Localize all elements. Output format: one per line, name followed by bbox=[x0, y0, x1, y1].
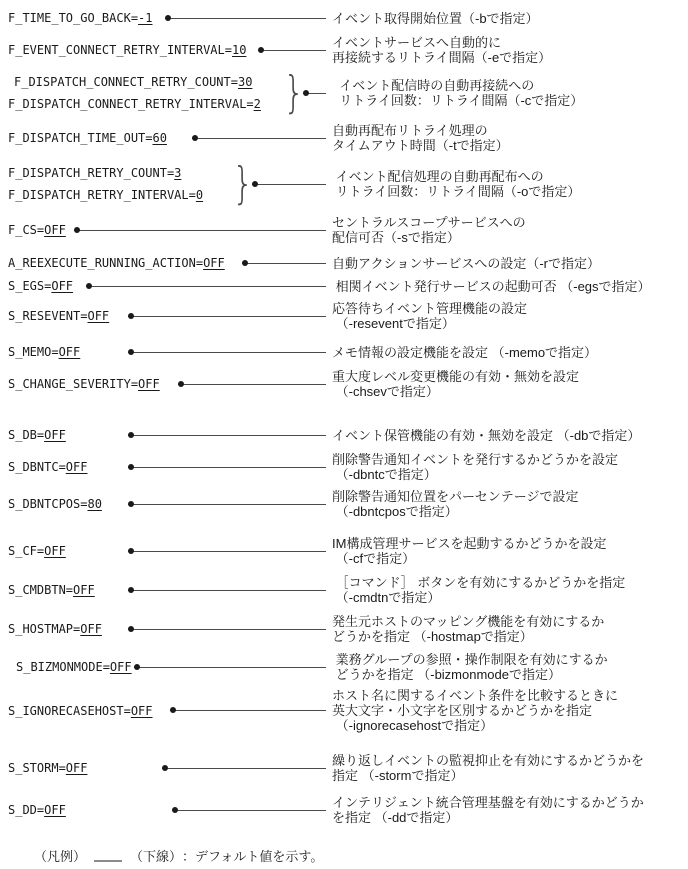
param-label: S_CHANGE_SEVERITY=OFF bbox=[8, 376, 176, 392]
description-line: 自動再配布リトライ処理の bbox=[332, 123, 688, 138]
param-label: S_DBNTCPOS=80 bbox=[8, 496, 126, 512]
param-row: F_TIME_TO_GO_BACK=-1 イベント取得開始位置（-bで指定） bbox=[0, 10, 688, 26]
description-line: 業務グループの参照・操作制限を有効にするか bbox=[332, 652, 688, 667]
bullet-dot-icon bbox=[170, 707, 176, 713]
description-line: イベント保管機能の有効・無効を設定 （-dbで指定） bbox=[332, 428, 688, 443]
param-group: S_DBNTC=OFF bbox=[8, 459, 126, 475]
connector-line bbox=[165, 18, 326, 19]
param-name: S_DBNTC= bbox=[8, 460, 66, 474]
param-group: S_HOSTMAP=OFF bbox=[8, 621, 126, 637]
param-cell: S_EGS=OFF bbox=[0, 278, 326, 294]
description-line: イベント配信時の自動再接続への bbox=[332, 78, 688, 93]
bullet-dot-icon bbox=[74, 227, 80, 233]
param-group: S_RESEVENT=OFF bbox=[8, 308, 126, 324]
param-label: S_CMDBTN=OFF bbox=[8, 582, 126, 598]
param-label: S_STORM=OFF bbox=[8, 760, 160, 776]
param-group: S_IGNORECASEHOST=OFF bbox=[8, 703, 168, 719]
description-line: 重大度レベル変更機能の有効・無効を設定 bbox=[332, 369, 688, 384]
description-line: 英大文字・小文字を区別するかどうかを指定 bbox=[332, 703, 688, 718]
description-line: リトライ回数：リトライ間隔（-cで指定） bbox=[332, 93, 688, 108]
description: 重大度レベル変更機能の有効・無効を設定 （-chsevで指定） bbox=[326, 369, 688, 399]
description: ［コマンド］ ボタンを有効にするかどうかを指定 （-cmdtnで指定） bbox=[326, 575, 688, 605]
description-line: を指定 （-ddで指定） bbox=[332, 810, 688, 825]
bullet-dot-icon bbox=[128, 349, 134, 355]
description-line: 再接続するリトライ間隔（-eで指定） bbox=[332, 50, 688, 65]
param-label: S_CF=OFF bbox=[8, 543, 126, 559]
bullet-dot-icon bbox=[128, 464, 134, 470]
description-line: 繰り返しイベントの監視抑止を有効にするかどうかを bbox=[332, 753, 688, 768]
param-name: S_DD= bbox=[8, 803, 44, 817]
bullet-dot-icon bbox=[162, 765, 168, 771]
param-label: F_TIME_TO_GO_BACK=-1 bbox=[8, 10, 163, 26]
description: 繰り返しイベントの監視抑止を有効にするかどうかを指定 （-stormで指定） bbox=[326, 753, 688, 783]
description-line: （-chsevで指定） bbox=[332, 384, 688, 399]
connector-line bbox=[128, 551, 326, 552]
param-group: F_EVENT_CONNECT_RETRY_INTERVAL=10 bbox=[8, 42, 256, 58]
connector-line bbox=[128, 316, 326, 317]
param-label: F_DISPATCH_RETRY_INTERVAL=0 bbox=[8, 184, 230, 206]
param-label: F_CS=OFF bbox=[8, 222, 72, 238]
param-cell: F_DISPATCH_TIME_OUT=60 bbox=[0, 130, 326, 146]
param-row: F_DISPATCH_TIME_OUT=60 自動再配布リトライ処理のタイムアウ… bbox=[0, 123, 688, 153]
param-row: S_IGNORECASEHOST=OFF ホスト名に関するイベント条件を比較する… bbox=[0, 688, 688, 733]
param-label: F_DISPATCH_RETRY_COUNT=3 bbox=[8, 162, 230, 184]
description: 削除警告通知位置をパーセンテージで設定 （-dbntcposで指定） bbox=[326, 489, 688, 519]
param-cell: S_DB=OFF bbox=[0, 427, 326, 443]
param-group: S_DB=OFF bbox=[8, 427, 126, 443]
legend-underline-label: （下線） bbox=[130, 849, 182, 865]
param-group: S_STORM=OFF bbox=[8, 760, 160, 776]
param-label: S_IGNORECASEHOST=OFF bbox=[8, 703, 168, 719]
param-cell: S_MEMO=OFF bbox=[0, 344, 326, 360]
param-cell: F_TIME_TO_GO_BACK=-1 bbox=[0, 10, 326, 26]
description-line: （-ignorecasehostで指定） bbox=[332, 718, 688, 733]
description-line: 発生元ホストのマッピング機能を有効にするか bbox=[332, 614, 688, 629]
description-line: どうかを指定 （-bizmonmodeで指定） bbox=[332, 667, 688, 682]
param-name: F_DISPATCH_CONNECT_RETRY_INTERVAL= bbox=[8, 97, 254, 111]
default-value: 2 bbox=[254, 97, 261, 111]
default-value: OFF bbox=[110, 660, 132, 674]
description: イベント配信時の自動再接続への リトライ回数：リトライ間隔（-cで指定） bbox=[326, 78, 688, 108]
parameter-diagram: F_TIME_TO_GO_BACK=-1 イベント取得開始位置（-bで指定） F… bbox=[0, 0, 688, 865]
param-group: S_DBNTCPOS=80 bbox=[8, 496, 126, 512]
param-cell: S_CHANGE_SEVERITY=OFF bbox=[0, 376, 326, 392]
description: イベント取得開始位置（-bで指定） bbox=[326, 11, 688, 26]
param-name: A_REEXECUTE_RUNNING_ACTION= bbox=[8, 256, 203, 270]
param-cell: S_RESEVENT=OFF bbox=[0, 308, 326, 324]
param-name: S_STORM= bbox=[8, 761, 66, 775]
param-name: S_MEMO= bbox=[8, 345, 59, 359]
description-line: IM構成管理サービスを起動するかどうかを設定 bbox=[332, 536, 688, 551]
bullet-dot-icon bbox=[128, 501, 134, 507]
param-label: F_DISPATCH_TIME_OUT=60 bbox=[8, 130, 190, 146]
description: IM構成管理サービスを起動するかどうかを設定 （-cfで指定） bbox=[326, 536, 688, 566]
param-group: F_CS=OFF bbox=[8, 222, 72, 238]
param-row: S_STORM=OFF 繰り返しイベントの監視抑止を有効にするかどうかを指定 （… bbox=[0, 753, 688, 783]
bullet-dot-icon bbox=[192, 135, 198, 141]
param-row: S_DBNTCPOS=80 削除警告通知位置をパーセンテージで設定 （-dbnt… bbox=[0, 489, 688, 519]
connector-line bbox=[258, 50, 326, 51]
bullet-dot-icon bbox=[128, 626, 134, 632]
param-cell: S_DD=OFF bbox=[0, 802, 326, 818]
description-line: メモ情報の設定機能を設定 （-memoで指定） bbox=[332, 345, 688, 360]
param-cell: F_DISPATCH_CONNECT_RETRY_COUNT=30F_DISPA… bbox=[0, 71, 326, 115]
default-value: OFF bbox=[44, 803, 66, 817]
param-label: S_DD=OFF bbox=[8, 802, 170, 818]
param-cell: S_CF=OFF bbox=[0, 543, 326, 559]
bullet-dot-icon bbox=[258, 47, 264, 53]
param-group: S_CMDBTN=OFF bbox=[8, 582, 126, 598]
default-value: OFF bbox=[44, 544, 66, 558]
underline-sample-icon bbox=[94, 860, 122, 862]
connector-line bbox=[170, 710, 326, 711]
default-value: 30 bbox=[238, 75, 252, 89]
param-row: S_BIZMONMODE=OFF 業務グループの参照・操作制限を有効にするか ど… bbox=[0, 652, 688, 682]
param-name: S_CMDBTN= bbox=[8, 583, 73, 597]
connector-line bbox=[162, 768, 326, 769]
param-label: F_DISPATCH_CONNECT_RETRY_COUNT=30 bbox=[8, 71, 281, 93]
bullet-dot-icon bbox=[172, 807, 178, 813]
description-line: 削除警告通知位置をパーセンテージで設定 bbox=[332, 489, 688, 504]
default-value: OFF bbox=[203, 256, 225, 270]
default-value: OFF bbox=[66, 460, 88, 474]
param-label: A_REEXECUTE_RUNNING_ACTION=OFF bbox=[8, 255, 240, 271]
connector-line bbox=[242, 263, 326, 264]
connector-line bbox=[192, 138, 326, 139]
connector-line bbox=[128, 629, 326, 630]
description: 業務グループの参照・操作制限を有効にするか どうかを指定 （-bizmonmod… bbox=[326, 652, 688, 682]
param-row: F_DISPATCH_RETRY_COUNT=3F_DISPATCH_RETRY… bbox=[0, 162, 688, 206]
description-line: どうかを指定 （-hostmapで指定） bbox=[332, 629, 688, 644]
default-value: -1 bbox=[138, 11, 152, 25]
description-line: インテリジェント統合管理基盤を有効にするかどうか bbox=[332, 795, 688, 810]
param-label: S_HOSTMAP=OFF bbox=[8, 621, 126, 637]
connector-line bbox=[178, 384, 326, 385]
legend: （凡例） （下線） ：デフォルト値を示す。 bbox=[0, 849, 688, 865]
rows-container: F_TIME_TO_GO_BACK=-1 イベント取得開始位置（-bで指定） F… bbox=[0, 10, 688, 825]
param-name: F_TIME_TO_GO_BACK= bbox=[8, 11, 138, 25]
param-cell: F_DISPATCH_RETRY_COUNT=3F_DISPATCH_RETRY… bbox=[0, 162, 326, 206]
description-line: 相関イベント発行サービスの起動可否 （-egsで指定） bbox=[332, 279, 688, 294]
param-row: S_CMDBTN=OFF ［コマンド］ ボタンを有効にするかどうかを指定 （-c… bbox=[0, 575, 688, 605]
default-value: OFF bbox=[80, 622, 102, 636]
default-value: OFF bbox=[51, 279, 73, 293]
param-label: S_DBNTC=OFF bbox=[8, 459, 126, 475]
description-line: イベント配信処理の自動再配布への bbox=[332, 169, 688, 184]
param-label: S_RESEVENT=OFF bbox=[8, 308, 126, 324]
default-value: 80 bbox=[87, 497, 101, 511]
param-group: S_DD=OFF bbox=[8, 802, 170, 818]
description: 自動アクションサービスへの設定（-rで指定） bbox=[326, 256, 688, 271]
bullet-dot-icon bbox=[165, 15, 171, 21]
connector-line bbox=[252, 184, 326, 185]
param-row: S_DD=OFF インテリジェント統合管理基盤を有効にするかどうかを指定 （-d… bbox=[0, 795, 688, 825]
param-group: S_CHANGE_SEVERITY=OFF bbox=[8, 376, 176, 392]
description-line: タイムアウト時間（-tで指定） bbox=[332, 138, 688, 153]
param-label: S_BIZMONMODE=OFF bbox=[8, 659, 132, 675]
param-row: F_EVENT_CONNECT_RETRY_INTERVAL=10 イベントサー… bbox=[0, 35, 688, 65]
param-name: F_DISPATCH_RETRY_INTERVAL= bbox=[8, 188, 196, 202]
description: セントラルスコープサービスへの配信可否（-sで指定） bbox=[326, 215, 688, 245]
description: イベント配信処理の自動再配布への リトライ回数：リトライ間隔（-oで指定） bbox=[326, 169, 688, 199]
param-group: S_CF=OFF bbox=[8, 543, 126, 559]
param-row: S_DBNTC=OFF 削除警告通知イベントを発行するかどうかを設定 （-dbn… bbox=[0, 452, 688, 482]
param-cell: S_BIZMONMODE=OFF bbox=[0, 659, 326, 675]
param-label: F_DISPATCH_CONNECT_RETRY_INTERVAL=2 bbox=[8, 93, 281, 115]
param-name: S_BIZMONMODE= bbox=[16, 660, 110, 674]
description-line: イベントサービスへ自動的に bbox=[332, 35, 688, 50]
param-cell: S_HOSTMAP=OFF bbox=[0, 621, 326, 637]
param-name: F_DISPATCH_CONNECT_RETRY_COUNT= bbox=[14, 75, 238, 89]
param-label: S_EGS=OFF bbox=[8, 278, 84, 294]
default-value: OFF bbox=[87, 309, 109, 323]
param-group: F_TIME_TO_GO_BACK=-1 bbox=[8, 10, 163, 26]
bullet-dot-icon bbox=[303, 90, 309, 96]
param-label: S_MEMO=OFF bbox=[8, 344, 126, 360]
default-value: OFF bbox=[44, 428, 66, 442]
param-row: S_DB=OFF イベント保管機能の有効・無効を設定 （-dbで指定） bbox=[0, 427, 688, 443]
description-line: 配信可否（-sで指定） bbox=[332, 230, 688, 245]
param-name: S_EGS= bbox=[8, 279, 51, 293]
description-line: 自動アクションサービスへの設定（-rで指定） bbox=[332, 256, 688, 271]
connector-line bbox=[303, 93, 326, 94]
param-group: F_DISPATCH_TIME_OUT=60 bbox=[8, 130, 190, 146]
bullet-dot-icon bbox=[128, 548, 134, 554]
connector-line bbox=[172, 810, 326, 811]
default-value: OFF bbox=[59, 345, 81, 359]
param-group: S_BIZMONMODE=OFF bbox=[8, 659, 132, 675]
param-cell: F_CS=OFF bbox=[0, 222, 326, 238]
param-cell: S_IGNORECASEHOST=OFF bbox=[0, 703, 326, 719]
param-name: S_CF= bbox=[8, 544, 44, 558]
param-name: S_RESEVENT= bbox=[8, 309, 87, 323]
param-name: F_CS= bbox=[8, 223, 44, 237]
description-line: ホスト名に関するイベント条件を比較するときに bbox=[332, 688, 688, 703]
default-value: OFF bbox=[66, 761, 88, 775]
param-cell: S_CMDBTN=OFF bbox=[0, 582, 326, 598]
connector-line bbox=[128, 504, 326, 505]
default-value: 10 bbox=[232, 43, 246, 57]
param-label: S_DB=OFF bbox=[8, 427, 126, 443]
default-value: 0 bbox=[196, 188, 203, 202]
param-row: F_CS=OFF セントラルスコープサービスへの配信可否（-sで指定） bbox=[0, 215, 688, 245]
bullet-dot-icon bbox=[128, 587, 134, 593]
param-cell: F_EVENT_CONNECT_RETRY_INTERVAL=10 bbox=[0, 42, 326, 58]
connector-line bbox=[86, 286, 326, 287]
default-value: OFF bbox=[44, 223, 66, 237]
description: イベント保管機能の有効・無効を設定 （-dbで指定） bbox=[326, 428, 688, 443]
param-group: F_DISPATCH_CONNECT_RETRY_COUNT=30F_DISPA… bbox=[8, 71, 281, 115]
bullet-dot-icon bbox=[128, 432, 134, 438]
legend-prefix: （凡例） bbox=[34, 849, 86, 865]
default-value: OFF bbox=[73, 583, 95, 597]
param-name: F_DISPATCH_RETRY_COUNT= bbox=[8, 166, 174, 180]
param-group: A_REEXECUTE_RUNNING_ACTION=OFF bbox=[8, 255, 240, 271]
description: 応答待ちイベント管理機能の設定 （-reseventで指定） bbox=[326, 301, 688, 331]
description: インテリジェント統合管理基盤を有効にするかどうかを指定 （-ddで指定） bbox=[326, 795, 688, 825]
param-cell: S_STORM=OFF bbox=[0, 760, 326, 776]
param-row: S_EGS=OFF 相関イベント発行サービスの起動可否 （-egsで指定） bbox=[0, 278, 688, 294]
param-name: F_EVENT_CONNECT_RETRY_INTERVAL= bbox=[8, 43, 232, 57]
description-line: 削除警告通知イベントを発行するかどうかを設定 bbox=[332, 452, 688, 467]
bullet-dot-icon bbox=[86, 283, 92, 289]
description-line: ［コマンド］ ボタンを有効にするかどうかを指定 bbox=[332, 575, 688, 590]
legend-text: ：デフォルト値を示す。 bbox=[182, 849, 323, 865]
param-name: S_HOSTMAP= bbox=[8, 622, 80, 636]
connector-line bbox=[128, 352, 326, 353]
description: 自動再配布リトライ処理のタイムアウト時間（-tで指定） bbox=[326, 123, 688, 153]
connector-line bbox=[128, 435, 326, 436]
param-row: S_HOSTMAP=OFF 発生元ホストのマッピング機能を有効にするかどうかを指… bbox=[0, 614, 688, 644]
description-line: （-dbntcposで指定） bbox=[332, 504, 688, 519]
default-value: 60 bbox=[153, 131, 167, 145]
description-line: （-reseventで指定） bbox=[332, 316, 688, 331]
bullet-dot-icon bbox=[178, 381, 184, 387]
param-row: A_REEXECUTE_RUNNING_ACTION=OFF 自動アクションサー… bbox=[0, 255, 688, 271]
description-line: 指定 （-stormで指定） bbox=[332, 768, 688, 783]
description: 発生元ホストのマッピング機能を有効にするかどうかを指定 （-hostmapで指定… bbox=[326, 614, 688, 644]
description: メモ情報の設定機能を設定 （-memoで指定） bbox=[326, 345, 688, 360]
default-value: OFF bbox=[131, 704, 153, 718]
connector-line bbox=[74, 230, 326, 231]
description: 削除警告通知イベントを発行するかどうかを設定 （-dbntcで指定） bbox=[326, 452, 688, 482]
param-cell: A_REEXECUTE_RUNNING_ACTION=OFF bbox=[0, 255, 326, 271]
param-row: S_RESEVENT=OFF 応答待ちイベント管理機能の設定 （-reseven… bbox=[0, 301, 688, 331]
default-value: 3 bbox=[174, 166, 181, 180]
description-line: リトライ回数：リトライ間隔（-oで指定） bbox=[332, 184, 688, 199]
description-line: （-cmdtnで指定） bbox=[332, 590, 688, 605]
description: ホスト名に関するイベント条件を比較するときに英大文字・小文字を区別するかどうかを… bbox=[326, 688, 688, 733]
connector-line bbox=[128, 467, 326, 468]
param-name: S_DBNTCPOS= bbox=[8, 497, 87, 511]
description-line: （-cfで指定） bbox=[332, 551, 688, 566]
bullet-dot-icon bbox=[242, 260, 248, 266]
description: 相関イベント発行サービスの起動可否 （-egsで指定） bbox=[326, 279, 688, 294]
param-group: F_DISPATCH_RETRY_COUNT=3F_DISPATCH_RETRY… bbox=[8, 162, 230, 206]
param-label: F_EVENT_CONNECT_RETRY_INTERVAL=10 bbox=[8, 42, 256, 58]
default-value: OFF bbox=[138, 377, 160, 391]
param-row: S_CF=OFF IM構成管理サービスを起動するかどうかを設定 （-cfで指定） bbox=[0, 536, 688, 566]
param-row: F_DISPATCH_CONNECT_RETRY_COUNT=30F_DISPA… bbox=[0, 71, 688, 115]
param-row: S_CHANGE_SEVERITY=OFF 重大度レベル変更機能の有効・無効を設… bbox=[0, 369, 688, 399]
param-name: F_DISPATCH_TIME_OUT= bbox=[8, 131, 153, 145]
param-name: S_DB= bbox=[8, 428, 44, 442]
brace-icon: } bbox=[233, 162, 248, 206]
description-line: イベント取得開始位置（-bで指定） bbox=[332, 11, 688, 26]
bullet-dot-icon bbox=[128, 313, 134, 319]
param-row: S_MEMO=OFF メモ情報の設定機能を設定 （-memoで指定） bbox=[0, 344, 688, 360]
param-cell: S_DBNTCPOS=80 bbox=[0, 496, 326, 512]
description-line: 応答待ちイベント管理機能の設定 bbox=[332, 301, 688, 316]
connector-line bbox=[128, 590, 326, 591]
param-group: S_EGS=OFF bbox=[8, 278, 84, 294]
connector-line bbox=[134, 667, 326, 668]
param-cell: S_DBNTC=OFF bbox=[0, 459, 326, 475]
param-group: S_MEMO=OFF bbox=[8, 344, 126, 360]
description-line: セントラルスコープサービスへの bbox=[332, 215, 688, 230]
param-name: S_IGNORECASEHOST= bbox=[8, 704, 131, 718]
description: イベントサービスへ自動的に再接続するリトライ間隔（-eで指定） bbox=[326, 35, 688, 65]
bullet-dot-icon bbox=[252, 181, 258, 187]
param-name: S_CHANGE_SEVERITY= bbox=[8, 377, 138, 391]
bullet-dot-icon bbox=[134, 664, 140, 670]
brace-icon: } bbox=[284, 71, 299, 115]
description-line: （-dbntcで指定） bbox=[332, 467, 688, 482]
